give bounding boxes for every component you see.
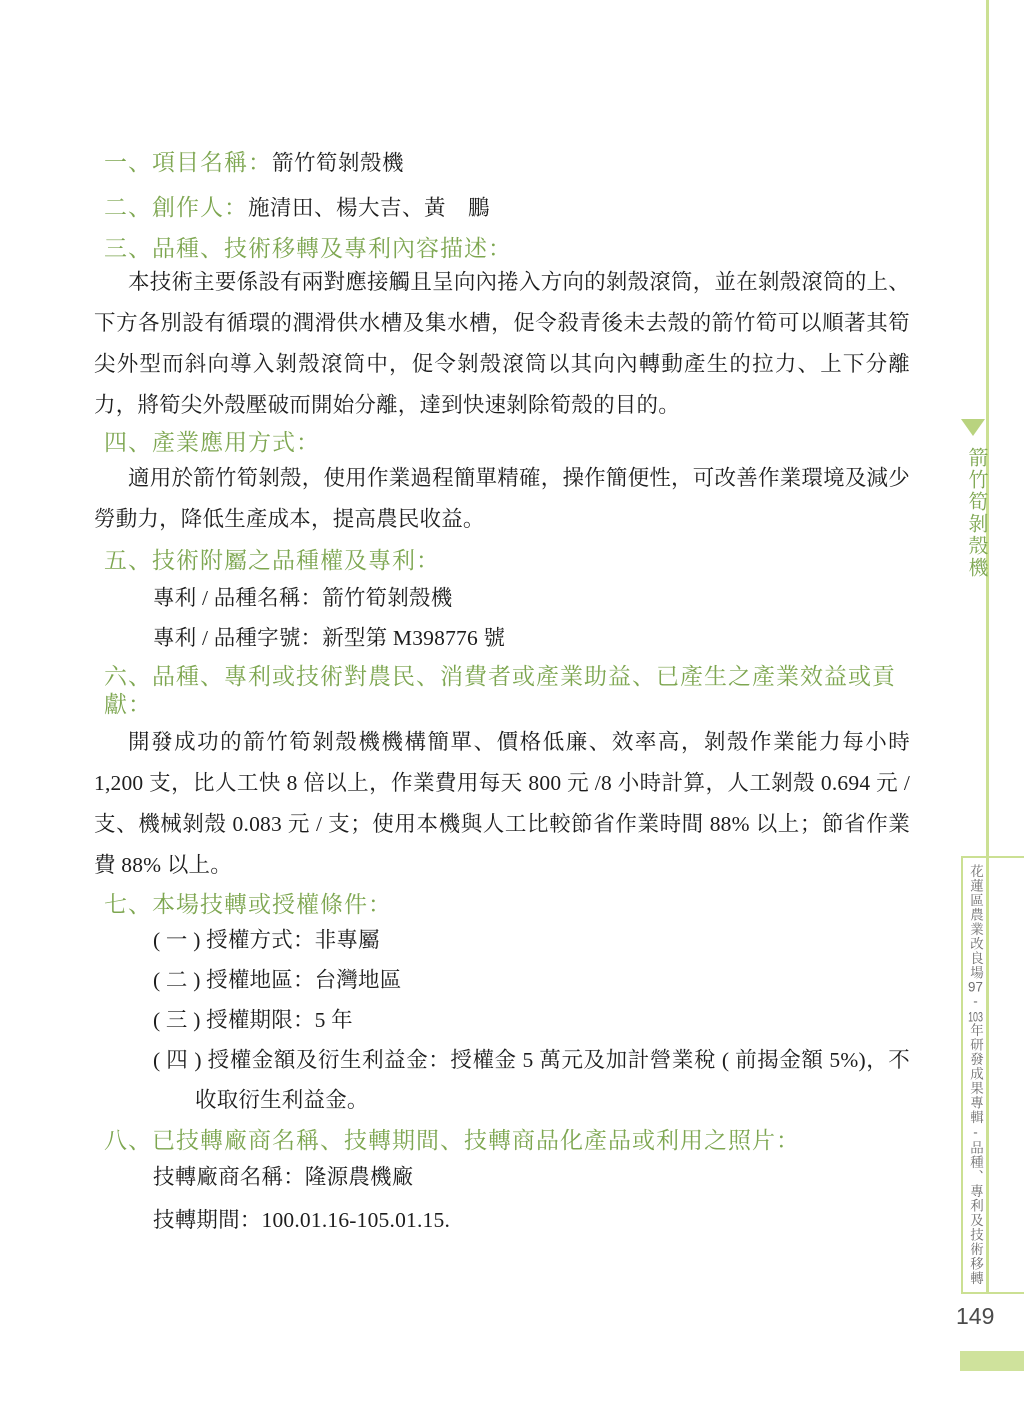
- edition-publisher: 花蓮區農業改良場: [968, 864, 983, 980]
- patent-number-line: 專利 / 品種字號：新型第 M398776 號: [94, 618, 910, 658]
- section-1-label: 一、項目名稱：: [104, 149, 272, 175]
- section-4-paragraph: 適用於箭竹筍剝殼，使用作業過程簡單精確，操作簡便性，可改善作業環境及減少勞動力，…: [94, 458, 910, 540]
- edition-vertical-text: 花蓮區農業改良場97-103年研發成果專輯-品種、專利及技術移轉: [963, 864, 987, 1286]
- section-2-heading: 二、創作人：施清田、楊大吉、黃 鵬: [104, 193, 910, 222]
- triangle-down-icon: [961, 419, 985, 436]
- edition-box-strip: 花蓮區農業改良場97-103年研發成果專輯-品種、專利及技術移轉: [963, 858, 987, 1292]
- section-2-label: 二、創作人：: [104, 194, 248, 220]
- document-page: 一、項目名稱：箭竹筍剝殼機 二、創作人：施清田、楊大吉、黃 鵬 三、品種、技術移…: [0, 0, 1024, 1418]
- section-6-paragraph: 開發成功的箭竹筍剝殼機機構簡單、價格低廉、效率高，剝殼作業能力每小時 1,200…: [94, 722, 910, 886]
- section-3-heading: 三、品種、技術移轉及專利內容描述：: [104, 234, 910, 262]
- section-7-heading: 七、本場技轉或授權條件：: [104, 890, 910, 918]
- section-4-heading: 四、產業應用方式：: [104, 428, 910, 456]
- transfer-vendor-line: 技轉廠商名稱：隆源農機廠: [94, 1157, 910, 1197]
- edition-year-to: 103: [968, 1010, 983, 1024]
- license-fee-line: ( 四 ) 授權金額及衍生利益金：授權金 5 萬元及加計營業稅 ( 前揭金額 5…: [94, 1040, 910, 1120]
- section-8-heading: 八、已技轉廠商名稱、技轉期間、技轉商品化產品或利用之照片：: [104, 1126, 910, 1154]
- license-term-line: ( 三 ) 授權期限：5 年: [94, 1000, 910, 1040]
- patent-name-line: 專利 / 品種名稱：箭竹筍剝殼機: [94, 578, 910, 618]
- edition-year-from: 97: [968, 980, 983, 994]
- section-2-value: 施清田、楊大吉、黃 鵬: [248, 196, 490, 220]
- document-content: 一、項目名稱：箭竹筍剝殼機 二、創作人：施清田、楊大吉、黃 鵬 三、品種、技術移…: [0, 0, 940, 1240]
- transfer-period-line: 技轉期間：100.01.16-105.01.15.: [94, 1200, 910, 1240]
- chapter-title-vertical: 箭竹筍剝殼機: [962, 447, 991, 579]
- edition-box: 花蓮區農業改良場97-103年研發成果專輯-品種、專利及技術移轉: [961, 856, 1024, 1294]
- bottom-accent-bar: [960, 1351, 1024, 1371]
- page-number: 149: [956, 1303, 994, 1330]
- edition-suffix: 年研發成果專輯-品種、專利及技術移轉: [968, 1023, 983, 1286]
- section-5-heading: 五、技術附屬之品種權及專利：: [104, 546, 910, 574]
- license-type-line: ( 一 ) 授權方式：非專屬: [94, 920, 910, 960]
- section-1-value: 箭竹筍剝殼機: [272, 151, 404, 175]
- edition-year-separator: -: [968, 994, 983, 1010]
- section-1-heading: 一、項目名稱：箭竹筍剝殼機: [104, 148, 910, 177]
- license-area-line: ( 二 ) 授權地區：台灣地區: [94, 960, 910, 1000]
- section-6-heading: 六、品種、專利或技術對農民、消費者或產業助益、已產生之產業效益或貢獻：: [104, 662, 910, 718]
- section-3-paragraph: 本技術主要係設有兩對應接觸且呈向內捲入方向的剝殼滾筒，並在剝殼滾筒的上、下方各別…: [94, 262, 910, 426]
